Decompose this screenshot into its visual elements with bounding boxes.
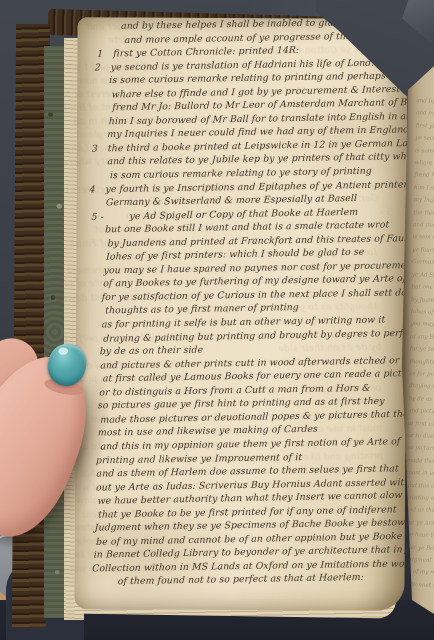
list-number: 3	[92, 142, 98, 156]
manuscript-line-text: by de as on their side	[100, 345, 204, 358]
nail-highlight	[58, 347, 68, 355]
list-number: 1	[97, 48, 103, 62]
list-number: 5 -	[91, 210, 104, 224]
manuscript-page: and by these helpes I shall be inabled t…	[74, 17, 407, 611]
list-number: 4	[89, 183, 96, 197]
list-number: 2	[94, 61, 100, 75]
manuscript-text: and by these helpes I shall be inabled t…	[66, 15, 417, 613]
manuscript-line-text: of them found not to so perfect as that …	[118, 572, 364, 587]
photo-of-open-manuscript-book: and by these helpes I shall be inabled t…	[0, 0, 434, 640]
